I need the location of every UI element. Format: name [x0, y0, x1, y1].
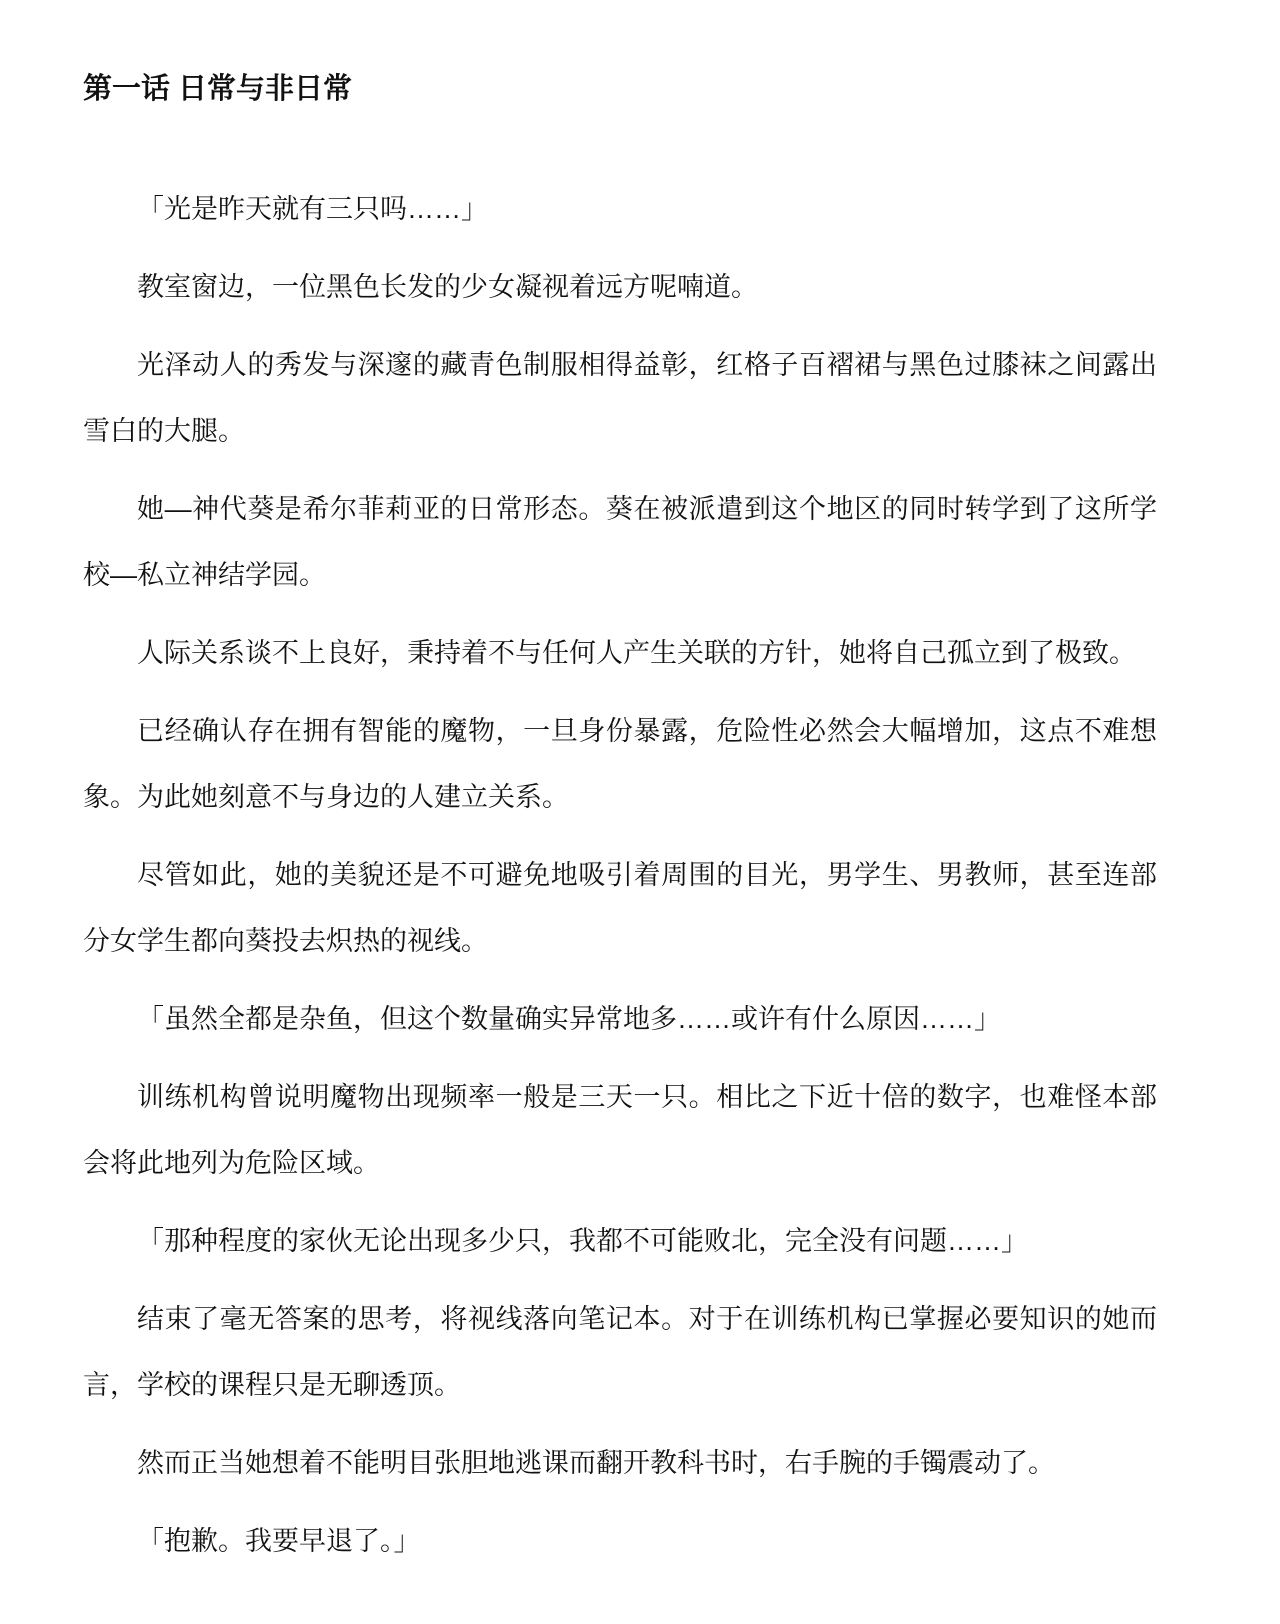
- paragraph: 人际关系谈不上良好，秉持着不与任何人产生关联的方针，她将自己孤立到了极致。: [83, 620, 1157, 686]
- paragraph-dialogue: 「抱歉。我要早退了。」: [83, 1508, 1157, 1574]
- paragraph: 然而正当她想着不能明目张胆地逃课而翻开教科书时，右手腕的手镯震动了。: [83, 1430, 1157, 1496]
- chapter-body: 「光是昨天就有三只吗……」 教室窗边，一位黑色长发的少女凝视着远方呢喃道。 光泽…: [83, 176, 1157, 1574]
- document-page: 第一话 日常与非日常 「光是昨天就有三只吗……」 教室窗边，一位黑色长发的少女凝…: [0, 0, 1280, 1624]
- paragraph: 结束了毫无答案的思考，将视线落向笔记本。对于在训练机构已掌握必要知识的她而言，学…: [83, 1286, 1157, 1418]
- paragraph-dialogue: 「那种程度的家伙无论出现多少只，我都不可能败北，完全没有问题……」: [83, 1208, 1157, 1274]
- paragraph: 教室窗边，一位黑色长发的少女凝视着远方呢喃道。: [83, 254, 1157, 320]
- paragraph-dialogue: 「虽然全都是杂鱼，但这个数量确实异常地多……或许有什么原因……」: [83, 986, 1157, 1052]
- paragraph-dialogue: 「光是昨天就有三只吗……」: [83, 176, 1157, 242]
- paragraph: 光泽动人的秀发与深邃的藏青色制服相得益彰，红格子百褶裙与黑色过膝袜之间露出雪白的…: [83, 332, 1157, 464]
- paragraph: 已经确认存在拥有智能的魔物，一旦身份暴露，危险性必然会大幅增加，这点不难想象。为…: [83, 698, 1157, 830]
- paragraph: 尽管如此，她的美貌还是不可避免地吸引着周围的目光，男学生、男教师，甚至连部分女学…: [83, 842, 1157, 974]
- paragraph: 她—神代葵是希尔菲莉亚的日常形态。葵在被派遣到这个地区的同时转学到了这所学校—私…: [83, 476, 1157, 608]
- chapter-title: 第一话 日常与非日常: [83, 68, 1157, 110]
- paragraph: 训练机构曾说明魔物出现频率一般是三天一只。相比之下近十倍的数字，也难怪本部会将此…: [83, 1064, 1157, 1196]
